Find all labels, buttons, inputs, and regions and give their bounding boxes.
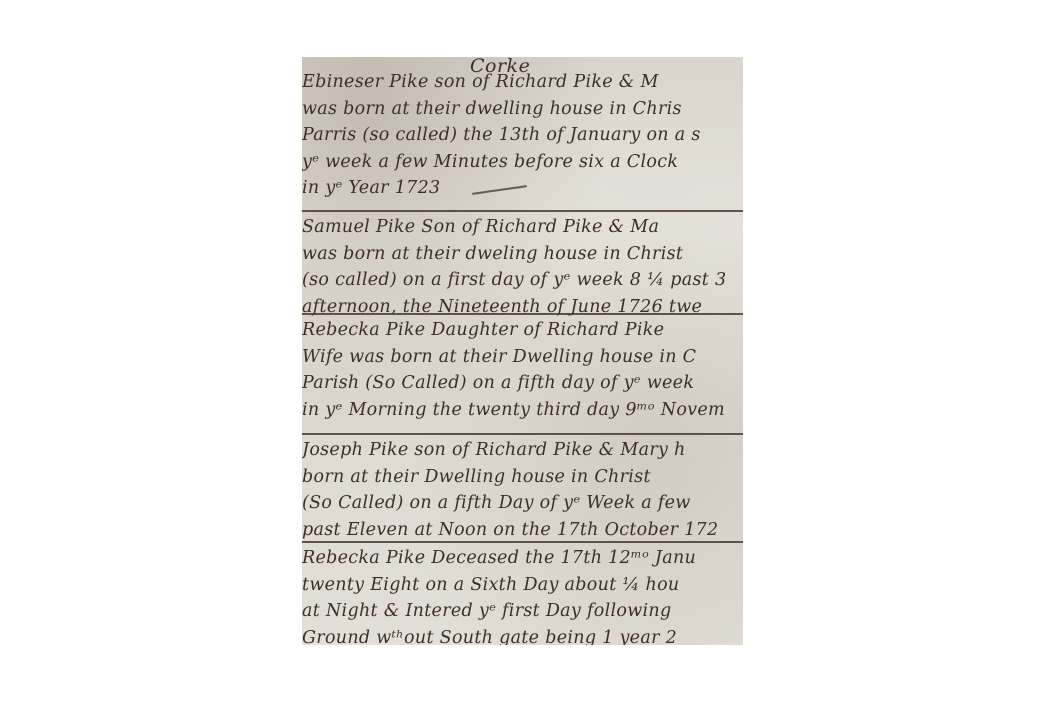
entry-line: Rebecka Pike Deceased the 17th 12ᵐᵒ Janu (302, 545, 743, 572)
entry-divider (302, 313, 743, 315)
entry-line: in yᵉ Year 1723 (302, 175, 743, 202)
entry-line: was born at their dwelling house in Chri… (302, 96, 743, 123)
register-entry-joseph: Joseph Pike son of Richard Pike & Mary h… (302, 437, 743, 543)
entry-line: Parris (so called) the 13th of January o… (302, 122, 743, 149)
register-entry-rebecka-death: Rebecka Pike Deceased the 17th 12ᵐᵒ Janu… (302, 545, 743, 645)
entry-line: Ground wᵗʰout South gate being 1 year 2 (302, 625, 743, 646)
entry-line: (so called) on a first day of yᵉ week 8 … (302, 267, 743, 294)
entry-line: born at their Dwelling house in Christ (302, 464, 743, 491)
entry-line: was born at their dweling house in Chris… (302, 241, 743, 268)
entry-line: Wife was born at their Dwelling house in… (302, 344, 743, 371)
manuscript-page: Corke Ebineser Pike son of Richard Pike … (302, 57, 743, 645)
entry-divider (302, 210, 743, 212)
entry-line: yᵉ week a few Minutes before six a Clock (302, 149, 743, 176)
entry-divider (302, 433, 743, 435)
entry-line: Samuel Pike Son of Richard Pike & Ma (302, 214, 743, 241)
entry-line: at Night & Intered yᵉ first Day followin… (302, 598, 743, 625)
entry-line: twenty Eight on a Sixth Day about ¼ hou (302, 572, 743, 599)
entry-divider (302, 541, 743, 543)
entry-line: Rebecka Pike Daughter of Richard Pike (302, 317, 743, 344)
entry-line: Ebineser Pike son of Richard Pike & M (302, 69, 743, 96)
entry-line: past Eleven at Noon on the 17th October … (302, 517, 743, 544)
register-entry-rebecka-birth: Rebecka Pike Daughter of Richard Pike Wi… (302, 317, 743, 423)
entry-line: Joseph Pike son of Richard Pike & Mary h (302, 437, 743, 464)
register-entry-ebineser: Ebineser Pike son of Richard Pike & M wa… (302, 69, 743, 202)
entry-line: in yᵉ Morning the twenty third day 9ᵐᵒ N… (302, 397, 743, 424)
entry-line: (So Called) on a fifth Day of yᵉ Week a … (302, 490, 743, 517)
entry-line: Parish (So Called) on a fifth day of yᵉ … (302, 370, 743, 397)
register-entry-samuel: Samuel Pike Son of Richard Pike & Ma was… (302, 214, 743, 320)
